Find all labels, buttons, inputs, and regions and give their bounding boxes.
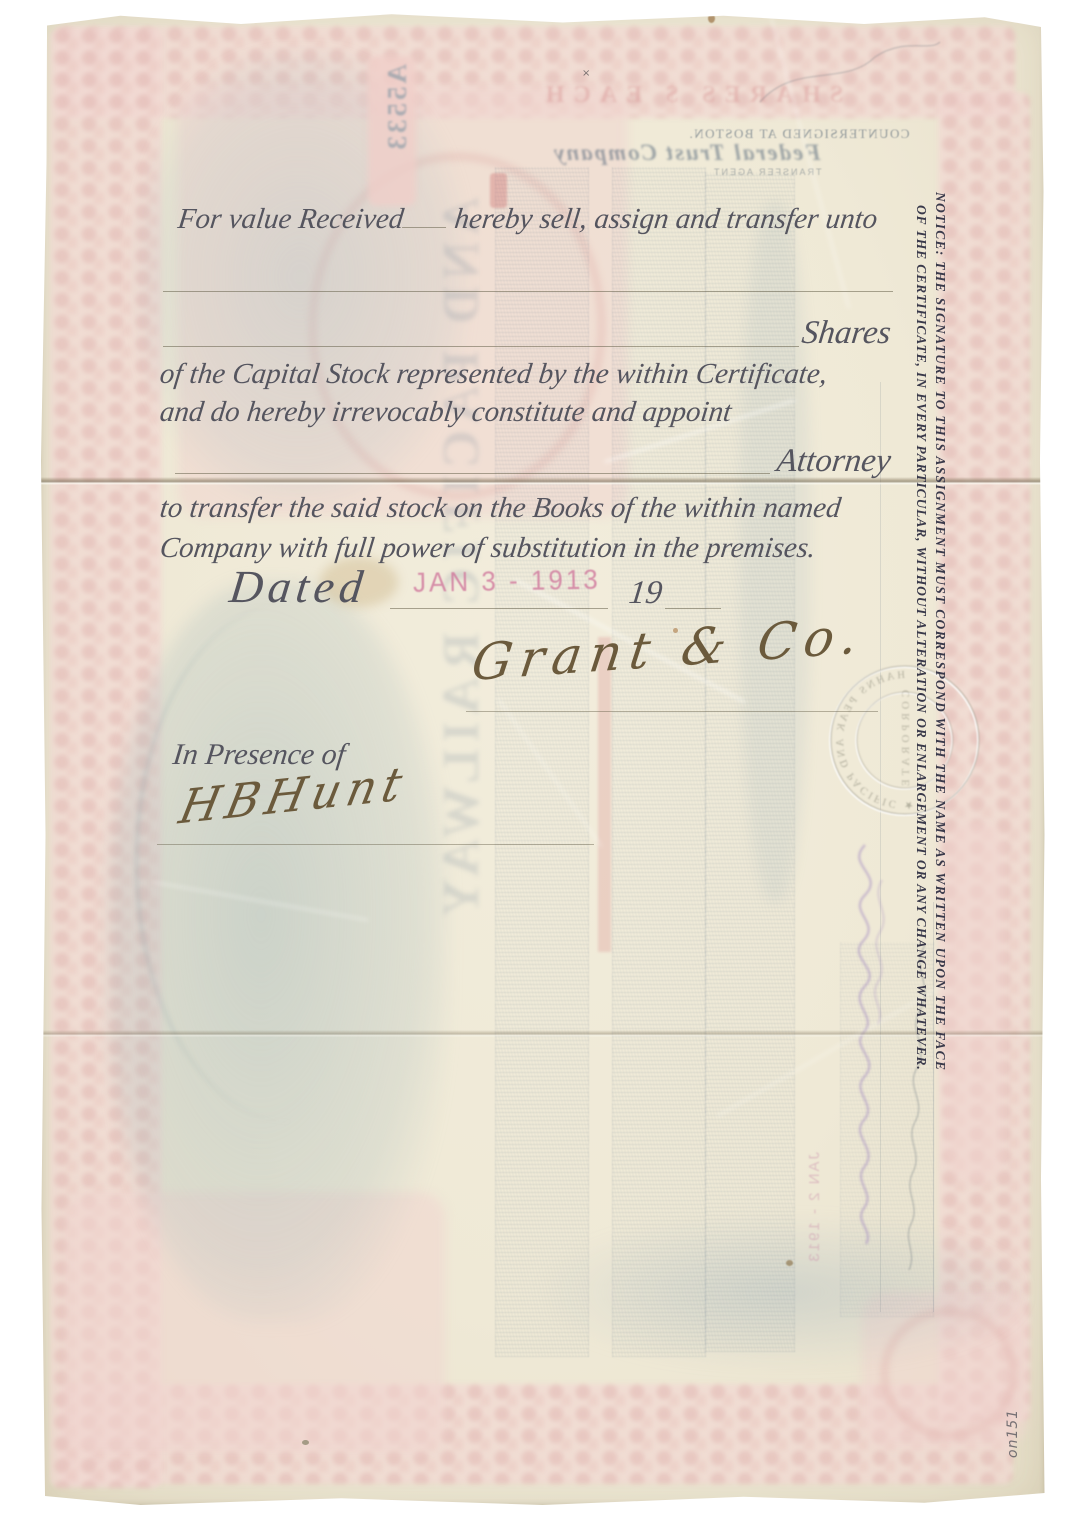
year-blank-line	[665, 608, 721, 609]
assignee-blank-short	[402, 227, 446, 228]
dated-label: Dated	[227, 560, 371, 613]
attorney-label: Attorney	[775, 443, 893, 480]
assignment-line-1-suffix: hereby sell, assign and transfer unto	[453, 203, 880, 235]
assignment-line-1-prefix: For value Received	[176, 203, 405, 235]
dated-blank-line	[390, 608, 608, 609]
fold-crease-upper	[40, 477, 1045, 485]
corner-pencil-note: on151	[1005, 1409, 1021, 1458]
witness-signature-line	[157, 844, 594, 845]
shares-count-line	[163, 346, 799, 347]
foxing-spot-4	[786, 1260, 793, 1266]
company-signature-line	[466, 711, 878, 712]
year-prefix: 19	[627, 575, 665, 612]
capital-stock-line-2: and do hereby irrevocably constitute and…	[158, 396, 733, 429]
bleed-red-stripe	[598, 637, 611, 952]
signature-notice-line-1: NOTICE: THE SIGNATURE TO THIS ASSIGNMENT…	[932, 192, 948, 907]
capital-stock-line-1: of the Capital Stock represented by the …	[158, 358, 829, 391]
bleed-text-column-3	[705, 172, 795, 1352]
signature-notice-line-2: OF THE CERTIFICATE, IN EVERY PARTICULAR,…	[913, 192, 929, 907]
foxing-spot-2: ×	[582, 68, 590, 79]
bleed-certificate-number: A5533	[382, 64, 413, 153]
date-stamp: JAN 3 - 1913	[413, 564, 601, 600]
shares-label: Shares	[800, 315, 893, 352]
certificate-back-paper: A5533 SHARES $ EACH COUNTERSIGNED AT BOS…	[40, 12, 1045, 1508]
signature-notice: NOTICE: THE SIGNATURE TO THIS ASSIGNMENT…	[896, 192, 948, 907]
bleed-vignette-arc	[135, 602, 448, 1122]
bleed-transfer-agent-line: TRANSFER AGENT	[712, 167, 822, 177]
transfer-line-1: to transfer the said stock on the Books …	[158, 492, 843, 525]
scan-background: A5533 SHARES $ EACH COUNTERSIGNED AT BOS…	[0, 0, 1080, 1526]
bleed-grey-script-top	[755, 32, 945, 112]
fold-crease-lower	[40, 1030, 1045, 1037]
foxing-spot-1	[708, 14, 715, 23]
assignee-name-line	[163, 291, 893, 292]
bleed-right-inner-band	[945, 822, 1005, 1182]
foxing-spot-5	[302, 1440, 309, 1445]
assignment-line-1: For value Received hereby sell, assign a…	[176, 203, 879, 236]
attorney-name-line	[175, 473, 770, 474]
bleed-trust-company-line: Federal Trust Company	[552, 140, 821, 166]
